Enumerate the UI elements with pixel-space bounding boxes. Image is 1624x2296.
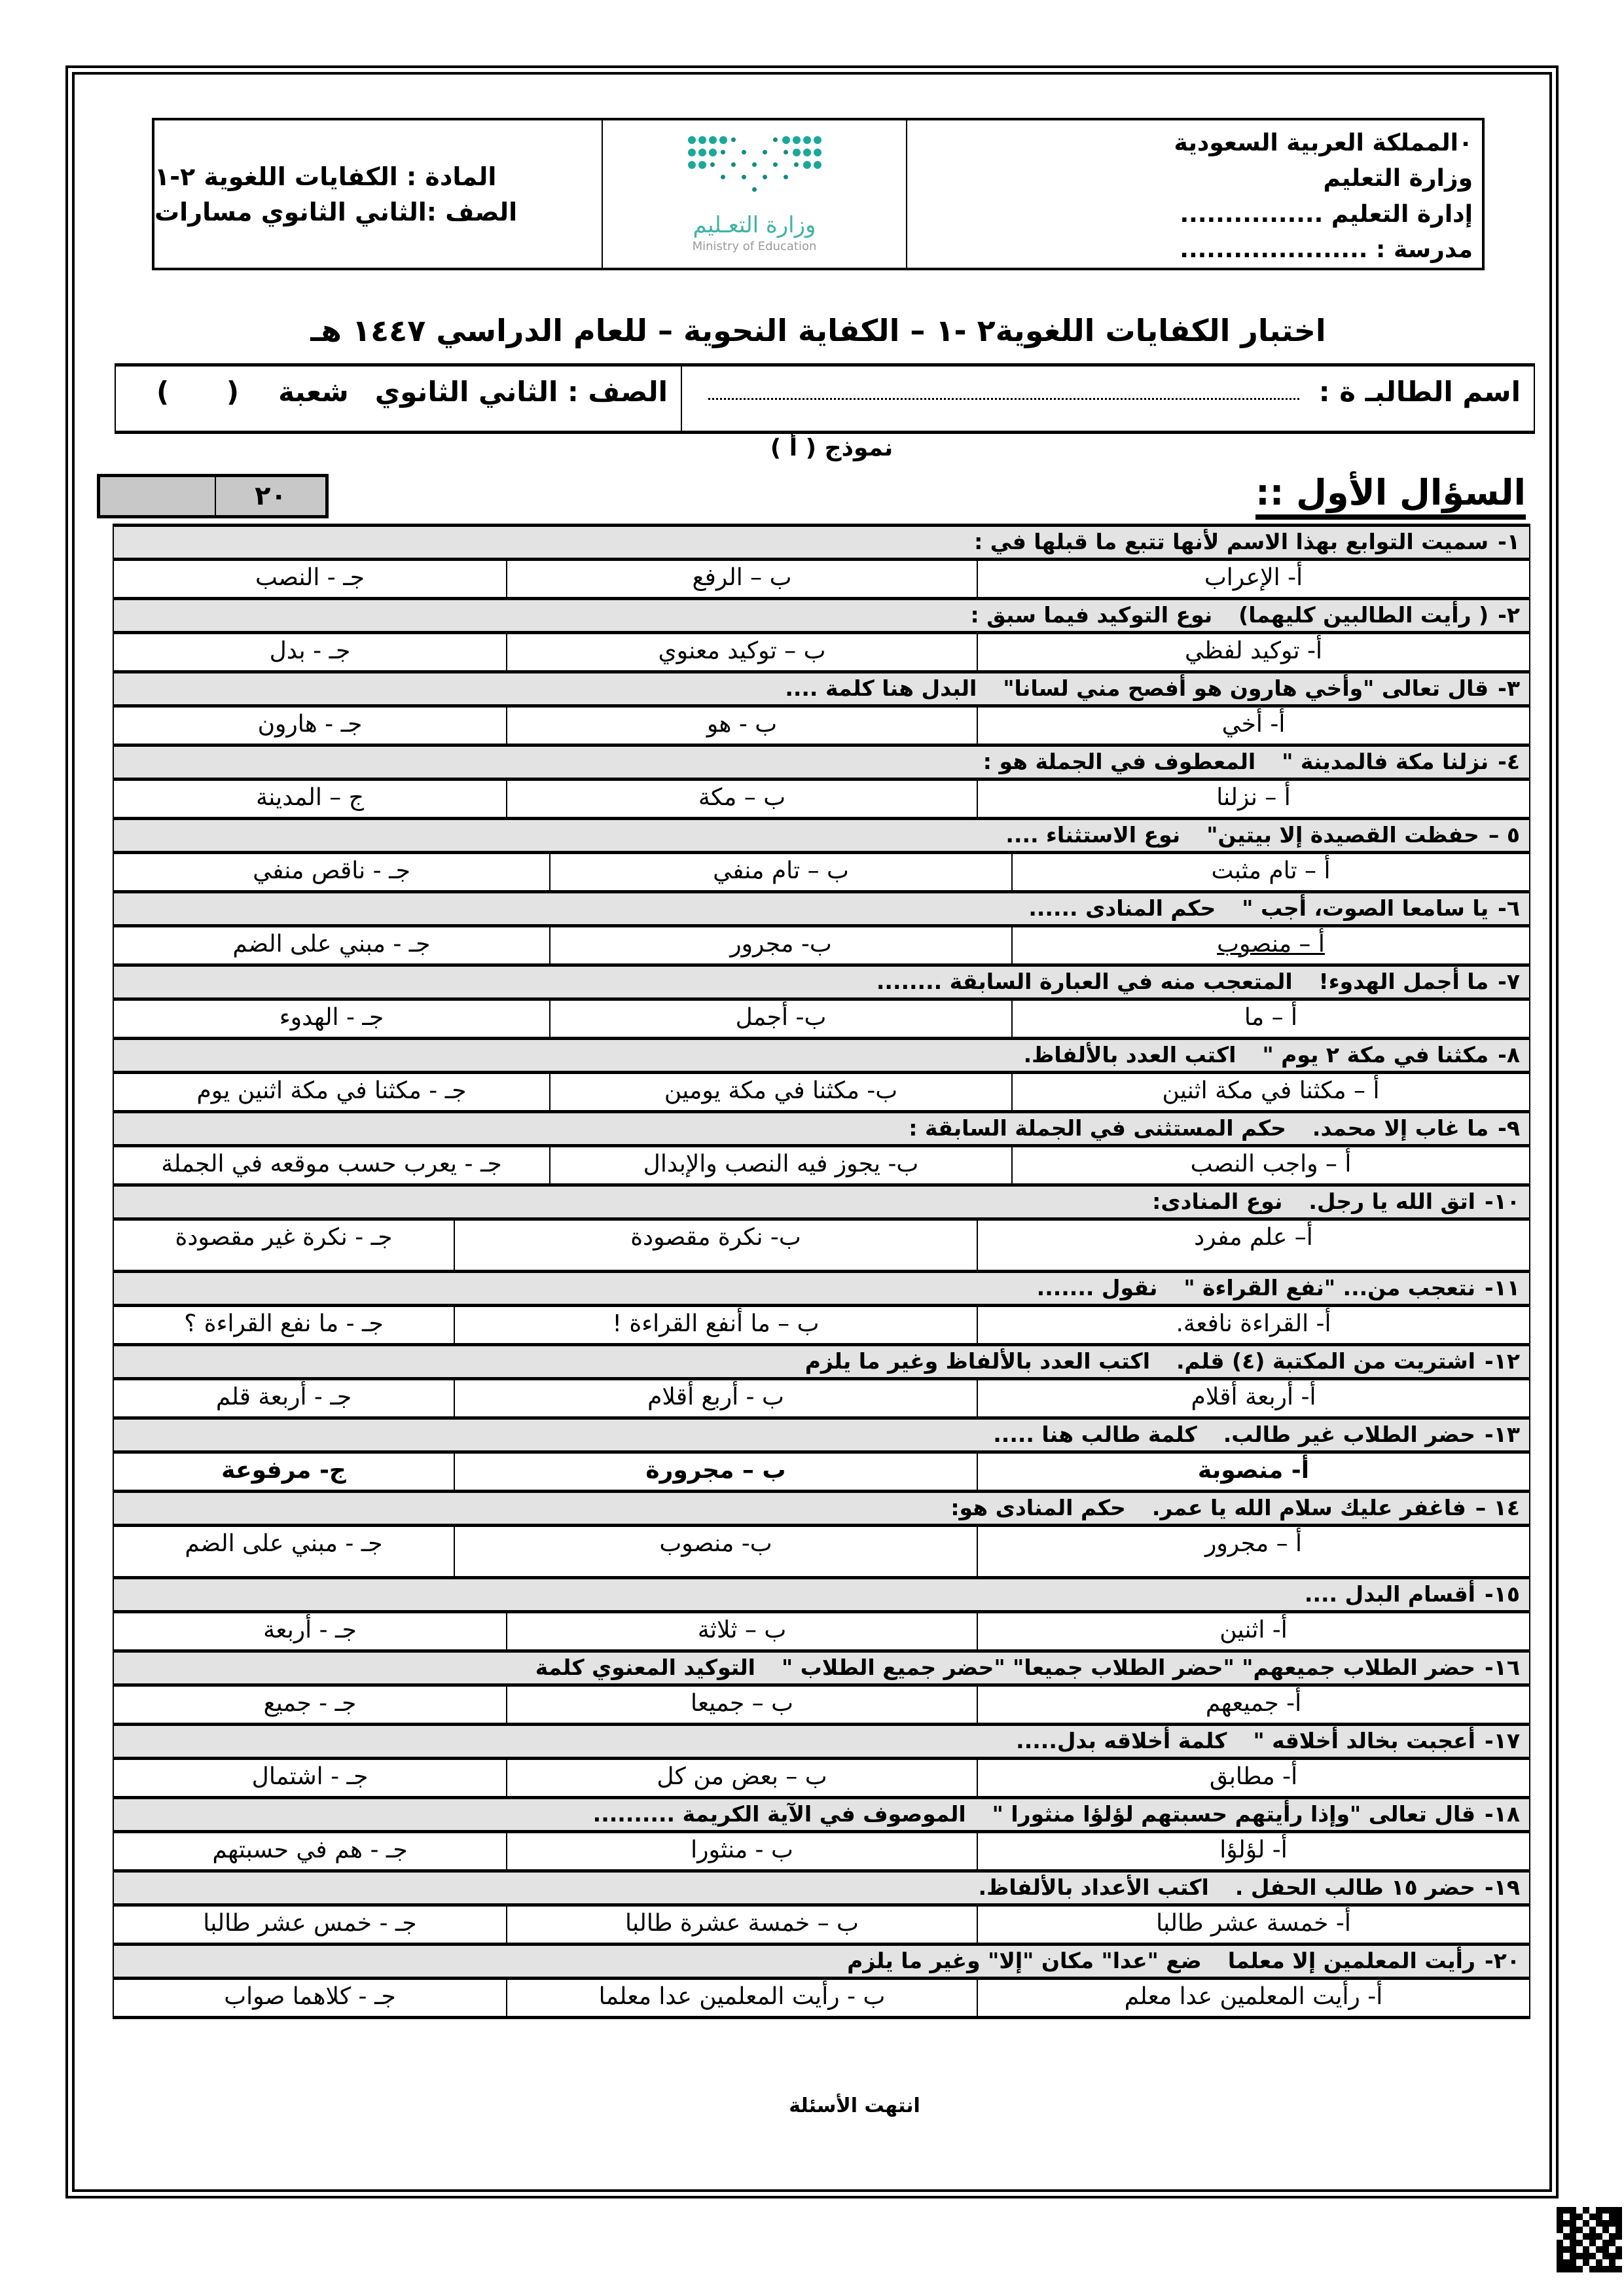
option-b[interactable]: ب - رأيت المعلمين عدا معلما	[507, 1980, 978, 2016]
question-text: يا سامعا الصوت، أجب "	[1242, 895, 1489, 921]
question-number: ١٩-	[1485, 1874, 1520, 1900]
question-text: رأيت المعلمين إلا معلما	[1228, 1948, 1475, 1973]
option-c[interactable]: جـ - خمس عشر طالبا	[114, 1907, 507, 1943]
question-hint: المتعجب منه في العبارة السابقة ........	[876, 969, 1293, 994]
question-number: ١٢-	[1485, 1348, 1520, 1374]
question-text: اتق الله يا رجل.	[1308, 1189, 1475, 1214]
answer-row: أ- توكيد لفظيب – توكيد معنويجـ - بدل	[114, 631, 1529, 670]
option-c[interactable]: جـ - بدل	[114, 634, 507, 670]
question-hint: البدل هنا كلمة ....	[785, 675, 977, 701]
option-a[interactable]: أ- القراءة نافعة.	[978, 1307, 1529, 1343]
question-hint: اكتب العدد بالألفاظ.	[1024, 1042, 1236, 1067]
question-hint: نقول .......	[1037, 1275, 1158, 1300]
questions-table: ١-سميت التوابع بهذا الاسم لأنها تتبع ما …	[113, 524, 1530, 2019]
question-hint: ضع "عدا" مكان "إلا" وغير ما يلزم	[847, 1948, 1202, 1973]
grade-label: الصف :الثاني الثانوي مسارات	[154, 194, 517, 230]
option-c[interactable]: جـ - ناقص منفي	[114, 854, 550, 890]
education-dept-label: إدارة التعليم	[1331, 201, 1473, 228]
question-row: ١٧-أعجبت بخالد أخلاقه "كلمة أخلاقه بدل..…	[114, 1723, 1529, 1757]
option-a[interactable]: أ– علم مفرد	[978, 1221, 1529, 1270]
question-number: ١٦-	[1485, 1655, 1520, 1680]
question-row: ١-سميت التوابع بهذا الاسم لأنها تتبع ما …	[114, 524, 1529, 558]
score-total: ٢٠	[216, 477, 325, 515]
school-label: مدرسة :	[1376, 236, 1473, 263]
question-number: ٢٠-	[1485, 1948, 1520, 1973]
option-b[interactable]: ب – الرفع	[507, 561, 978, 597]
option-b[interactable]: ب – تام منفي	[550, 854, 1013, 890]
question-number: ٧-	[1498, 969, 1520, 994]
question-text: نتعجب من... "نفع القراءة "	[1183, 1275, 1475, 1300]
option-c[interactable]: جـ - كلاهما صواب	[114, 1980, 507, 2016]
option-b[interactable]: ب - منثورا	[507, 1833, 978, 1869]
student-name-blank[interactable]	[708, 376, 1299, 400]
question-number: ١٨-	[1485, 1801, 1520, 1827]
question-text: اشتريت من المكتبة (٤) قلم.	[1176, 1348, 1475, 1374]
school-field: مدرسة : .....................	[907, 234, 1473, 266]
option-c[interactable]: جـ - جميع	[114, 1687, 507, 1723]
question-hint: التوكيد المعنوي كلمة	[535, 1655, 755, 1680]
option-c[interactable]: جـ - ما نفع القراءة ؟	[114, 1307, 455, 1343]
answer-row: أ – نزلناب – مكةج – المدينة	[114, 778, 1529, 817]
option-a[interactable]: أ – مكثنا في مكة اثنين	[1013, 1074, 1529, 1110]
option-a[interactable]: أ- أربعة أقلام	[978, 1380, 1529, 1416]
option-b[interactable]: ب – مكة	[507, 781, 978, 817]
question-text: مكثنا في مكة ٢ يوم "	[1262, 1042, 1489, 1067]
question-hint: نوع المنادى:	[1152, 1189, 1282, 1214]
question-text: حفظت القصيدة إلا بيتين"	[1206, 822, 1479, 848]
option-a[interactable]: أ – نزلنا	[978, 781, 1529, 817]
section-label: شعبة	[278, 376, 349, 408]
score-box: ٢٠	[97, 474, 329, 518]
option-b[interactable]: ب- يجوز فيه النصب والإبدال	[550, 1147, 1013, 1183]
option-b[interactable]: ب- مكثنا في مكة يومين	[550, 1074, 1013, 1110]
question-row: ٥ –حفظت القصيدة إلا بيتين"نوع الاستثناء …	[114, 817, 1529, 851]
question-row: ٩-ما غاب إلا محمد.حكم المستثنى في الجملة…	[114, 1110, 1529, 1144]
exam-title: اختبار الكفايات اللغوية٢ -١ – الكفاية ال…	[152, 313, 1485, 348]
education-dept-blank[interactable]: ................	[1180, 201, 1323, 228]
question-number: ١٣-	[1485, 1422, 1520, 1447]
option-b[interactable]: ب – مجرورة	[455, 1454, 978, 1490]
section-title: السؤال الأول ::	[1255, 471, 1526, 520]
option-c[interactable]: جـ - هم في حسبتهم	[114, 1833, 507, 1869]
question-number: ٦-	[1498, 895, 1520, 921]
option-b[interactable]: ب- مجرور	[550, 927, 1013, 963]
option-c[interactable]: ج – المدينة	[114, 781, 507, 817]
answer-row: أ – مجرورب- منصوبجـ - مبني على الضم	[114, 1524, 1529, 1576]
option-a[interactable]: أ – منصوب	[1013, 927, 1529, 963]
option-c[interactable]: جـ - النصب	[114, 561, 507, 597]
option-a[interactable]: أ- أخي	[978, 708, 1529, 744]
question-hint: نوع التوكيد فيما سبق :	[971, 602, 1213, 628]
school-blank[interactable]: .....................	[1180, 236, 1367, 263]
question-row: ١١-نتعجب من... "نفع القراءة "نقول ......…	[114, 1270, 1529, 1304]
question-text: سميت التوابع بهذا الاسم لأنها تتبع ما قب…	[974, 529, 1489, 554]
option-c[interactable]: جـ - أربعة	[114, 1613, 507, 1649]
subject-info: المادة : الكفايات اللغوية ٢-١ الصف :الثا…	[154, 120, 603, 268]
option-a[interactable]: أ- الإعراب	[978, 561, 1529, 597]
student-name-field: اسم الطالبـ ة :	[681, 367, 1534, 431]
question-hint: اكتب الأعداد بالألفاظ.	[979, 1874, 1209, 1900]
ministry-label: وزارة التعليم	[907, 162, 1473, 195]
question-hint: حكم المستثنى في الجملة السابقة :	[909, 1115, 1286, 1141]
question-text: فاغفر عليك سلام الله يا عمر.	[1152, 1495, 1466, 1520]
option-a[interactable]: أ – ما	[1013, 1001, 1529, 1037]
question-text: أقسام البدل ....	[1305, 1581, 1475, 1607]
end-of-questions-label: انتهت الأسئلة	[0, 2094, 1624, 2117]
option-b[interactable]: ب – جميعا	[507, 1687, 978, 1723]
option-c[interactable]: جـ - هارون	[114, 708, 507, 744]
option-a[interactable]: أ- رأيت المعلمين عدا معلم	[978, 1980, 1529, 2016]
option-a[interactable]: أ- منصوبة	[978, 1454, 1529, 1490]
option-c[interactable]: جـ - مكثنا في مكة اثنين يوم	[114, 1074, 550, 1110]
option-c[interactable]: جـ - نكرة غير مقصودة	[114, 1221, 455, 1270]
question-number: ٤-	[1498, 749, 1520, 774]
question-row: ٤-نزلنا مكة فالمدينة "المعطوف في الجملة …	[114, 744, 1529, 778]
question-number: ١١-	[1485, 1275, 1520, 1300]
question-hint: حكم المنادى ......	[1028, 895, 1216, 921]
question-number: ٩-	[1498, 1115, 1520, 1141]
question-text: أعجبت بخالد أخلاقه "	[1254, 1728, 1476, 1753]
answer-row: أ – منصوبب- مجرورجـ - مبني على الضم	[114, 924, 1529, 963]
option-b[interactable]: ب- نكرة مقصودة	[455, 1221, 978, 1270]
question-text: قال تعالى "وإذا رأيتهم حسبتهم لؤلؤا منثو…	[992, 1801, 1475, 1827]
option-b[interactable]: ب – توكيد معنوي	[507, 634, 978, 670]
option-b[interactable]: ب- منصوب	[455, 1527, 978, 1576]
option-a[interactable]: أ- جميعهم	[978, 1687, 1529, 1723]
question-number: ٢-	[1498, 602, 1520, 628]
question-hint: اكتب العدد بالألفاظ وغير ما يلزم	[805, 1348, 1150, 1374]
answer-row: أ- الإعرابب – الرفعجـ - النصب	[114, 558, 1529, 597]
answer-row: أ- القراءة نافعة.ب – ما أنفع القراءة !جـ…	[114, 1304, 1529, 1343]
header-box: المادة : الكفايات اللغوية ٢-١ الصف :الثا…	[152, 118, 1485, 270]
question-row: ٢-( رأيت الطالبين كليهما)نوع التوكيد فيم…	[114, 597, 1529, 631]
answer-row: أ – مكثنا في مكة اثنينب- مكثنا في مكة يو…	[114, 1071, 1529, 1110]
answer-row: أ- لؤلؤاب - منثوراجـ - هم في حسبتهم	[114, 1830, 1529, 1869]
question-text: قال تعالى "وأخي هارون هو أفصح مني لسانا"	[1003, 675, 1489, 701]
option-c[interactable]: جـ - أربعة قلم	[114, 1380, 455, 1416]
student-name-label: اسم الطالبـ ة :	[1319, 376, 1521, 408]
question-number: ١٠-	[1485, 1189, 1520, 1214]
student-class-field: الصف : الثاني الثانوي شعبة ( )	[116, 367, 681, 431]
education-dept-field: إدارة التعليم ................	[907, 198, 1473, 231]
question-hint: الموصوف في الآية الكريمة ..........	[593, 1801, 966, 1827]
question-row: ٢٠-رأيت المعلمين إلا معلماضع "عدا" مكان …	[114, 1943, 1529, 1977]
option-a[interactable]: أ- لؤلؤا	[978, 1833, 1529, 1869]
answer-row: أ- مطابقب – بعض من كلجـ - اشتمال	[114, 1757, 1529, 1796]
ministry-name-english: Ministry of Education	[693, 240, 817, 253]
question-number: ٣-	[1498, 675, 1520, 701]
option-b[interactable]: ب – خمسة عشرة طالبا	[507, 1907, 978, 1943]
question-row: ٣-قال تعالى "وأخي هارون هو أفصح مني لسان…	[114, 670, 1529, 704]
answer-row: أ- أربعة أقلامب - أربع أقلامجـ - أربعة ق…	[114, 1377, 1529, 1416]
option-a[interactable]: أ- مطابق	[978, 1760, 1529, 1796]
option-b[interactable]: ب - هو	[507, 708, 978, 744]
option-c[interactable]: جـ - يعرب حسب موقعه في الجملة	[114, 1147, 550, 1183]
option-a[interactable]: أ- خمسة عشر طالبا	[978, 1907, 1529, 1943]
option-c[interactable]: جـ - اشتمال	[114, 1760, 507, 1796]
question-number: ٥ –	[1489, 822, 1520, 848]
class-label: الصف : الثاني الثانوي	[375, 376, 668, 408]
option-b[interactable]: ب - أربع أقلام	[455, 1380, 978, 1416]
answer-row: أ- رأيت المعلمين عدا معلمب - رأيت المعلم…	[114, 1977, 1529, 2016]
question-number: ١٧-	[1485, 1728, 1520, 1753]
option-a[interactable]: أ- توكيد لفظي	[978, 634, 1529, 670]
option-c[interactable]: جـ - الهدوء	[114, 1001, 550, 1037]
question-row: ١٦-حضر الطلاب جميعهم" "حضر الطلاب جميعا"…	[114, 1649, 1529, 1683]
answer-row: أ – واجب النصبب- يجوز فيه النصب والإبدال…	[114, 1144, 1529, 1183]
question-row: ١٣-حضر الطلاب غير طالب.كلمة طالب هنا ...…	[114, 1416, 1529, 1450]
question-row: ١٩-حضر ١٥ طالب الحفل .اكتب الأعداد بالأل…	[114, 1869, 1529, 1903]
question-row: ٦-يا سامعا الصوت، أجب "حكم المنادى .....…	[114, 890, 1529, 924]
question-text: حضر الطلاب جميعهم" "حضر الطلاب جميعا" "ح…	[782, 1655, 1475, 1680]
question-number: ٨-	[1498, 1042, 1520, 1067]
option-b[interactable]: ب- أجمل	[550, 1001, 1013, 1037]
question-text: ما أجمل الهدوء!	[1319, 969, 1489, 994]
answer-row: أ – تام مثبتب – تام منفيجـ - ناقص منفي	[114, 851, 1529, 890]
school-info: ٠المملكة العربية السعودية وزارة التعليم …	[907, 120, 1482, 268]
score-obtained-blank[interactable]	[100, 477, 216, 515]
question-hint: نوع الاستثناء ....	[1005, 822, 1180, 848]
option-a-text: أ – منصوب	[1217, 931, 1325, 958]
question-row: ١٥-أقسام البدل ....	[114, 1576, 1529, 1610]
question-row: ١٨-قال تعالى "وإذا رأيتهم حسبتهم لؤلؤا م…	[114, 1796, 1529, 1830]
answer-row: أ- خمسة عشر طالباب – خمسة عشرة طالباجـ -…	[114, 1903, 1529, 1943]
subject-label: المادة : الكفايات اللغوية ٢-١	[154, 159, 496, 194]
option-c[interactable]: ج- مرفوعة	[114, 1454, 455, 1490]
qr-code-icon	[1557, 2207, 1622, 2272]
question-row: ٧-ما أجمل الهدوء!المتعجب منه في العبارة …	[114, 963, 1529, 997]
option-b[interactable]: ب – ثلاثة	[507, 1613, 978, 1649]
question-text: ما غاب إلا محمد.	[1312, 1115, 1489, 1141]
question-hint: حكم المنادى هو:	[950, 1495, 1125, 1520]
answer-row: أ- منصوبةب – مجرورةج- مرفوعة	[114, 1450, 1529, 1490]
ministry-name-arabic: وزارة التعـليم	[693, 212, 816, 238]
option-c[interactable]: جـ - مبني على الضم	[114, 927, 550, 963]
option-c[interactable]: جـ - مبني على الضم	[114, 1527, 455, 1576]
question-number: ١٥-	[1485, 1581, 1520, 1607]
question-hint: كلمة طالب هنا .....	[993, 1422, 1197, 1447]
answer-row: أ– علم مفردب- نكرة مقصودةجـ - نكرة غير م…	[114, 1217, 1529, 1270]
question-hint: كلمة أخلاقه بدل.....	[1016, 1728, 1227, 1753]
question-text: حضر الطلاب غير طالب.	[1223, 1422, 1475, 1447]
option-b[interactable]: ب – ما أنفع القراءة !	[455, 1307, 978, 1343]
question-row: ١٠-اتق الله يا رجل.نوع المنادى:	[114, 1183, 1529, 1217]
option-a[interactable]: أ – واجب النصب	[1013, 1147, 1529, 1183]
country-label: ٠المملكة العربية السعودية	[907, 127, 1473, 160]
answer-row: أ- جميعهمب – جميعاجـ - جميع	[114, 1683, 1529, 1723]
question-text: ( رأيت الطالبين كليهما)	[1238, 602, 1489, 628]
model-label: نموذج ( أ )	[0, 435, 1624, 461]
section-blank[interactable]: ( )	[156, 376, 239, 408]
question-number: ١٤ –	[1475, 1495, 1520, 1520]
option-a[interactable]: أ – تام مثبت	[1013, 854, 1529, 890]
answer-row: أ- اثنينب – ثلاثةجـ - أربعة	[114, 1610, 1529, 1649]
answer-row: أ- أخيب - هوجـ - هارون	[114, 704, 1529, 744]
question-hint: المعطوف في الجملة هو :	[983, 749, 1255, 774]
option-b[interactable]: ب – بعض من كل	[507, 1760, 978, 1796]
student-info-box: اسم الطالبـ ة : الصف : الثاني الثانوي شع…	[115, 363, 1535, 434]
ministry-logo: وزارة التعـليم Ministry of Education	[603, 120, 907, 268]
question-text: حضر ١٥ طالب الحفل .	[1235, 1874, 1475, 1900]
question-row: ١٤ –فاغفر عليك سلام الله يا عمر.حكم المن…	[114, 1490, 1529, 1524]
question-number: ١-	[1498, 529, 1520, 554]
option-a[interactable]: أ – مجرور	[978, 1527, 1529, 1576]
answer-row: أ – ماب- أجملجـ - الهدوء	[114, 997, 1529, 1037]
question-row: ٨-مكثنا في مكة ٢ يوم "اكتب العدد بالألفا…	[114, 1037, 1529, 1071]
question-row: ١٢-اشتريت من المكتبة (٤) قلم.اكتب العدد …	[114, 1343, 1529, 1377]
ministry-logo-icon	[687, 135, 823, 195]
question-text: نزلنا مكة فالمدينة "	[1282, 749, 1489, 774]
option-a[interactable]: أ- اثنين	[978, 1613, 1529, 1649]
